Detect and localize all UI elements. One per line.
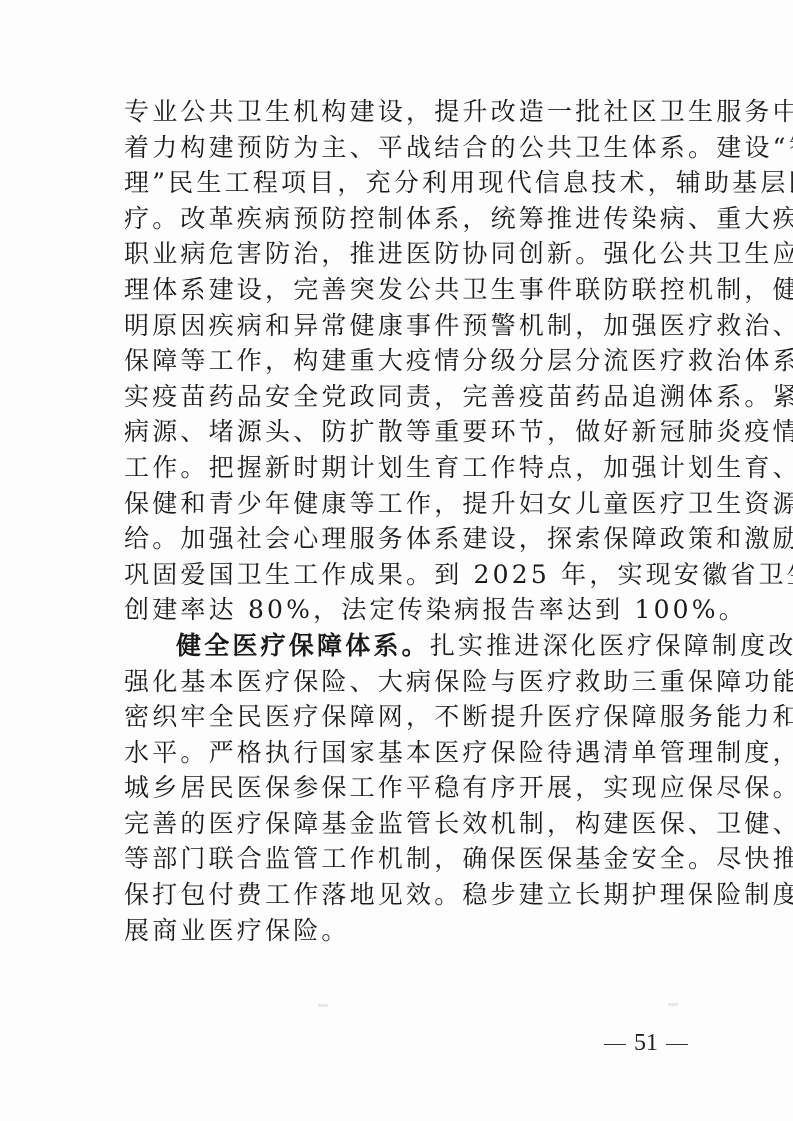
text-line: 理”民生工程项目，充分利用现代信息技术，辅助基层医生诊 [124,165,674,201]
text-line: 给。加强社会心理服务体系建设，探索保障政策和激励措施。 [124,521,674,557]
page-number: 51 [596,1030,696,1057]
paragraph-medical-insurance: 健全医疗保障体系。扎实推进深化医疗保障制度改革， 强化基本医疗保险、大病保险与医… [124,628,674,948]
text-fragment: 扎实推进深化医疗保障制度改革， [430,631,793,660]
paragraph-first-line: 健全医疗保障体系。扎实推进深化医疗保障制度改革， [124,628,674,664]
dash-left [604,1044,626,1046]
text-line: 城乡居民医保参保工作平稳有序开展，实现应保尽保。建立 [124,770,674,806]
text-line: 密织牢全民医疗保障网，不断提升医疗保障服务能力和服务 [124,699,674,735]
text-line: 巩固爱国卫生工作成果。到 2025 年，实现安徽省卫生社区 [124,557,674,593]
text-line: 保健和青少年健康等工作，提升妇女儿童医疗卫生资源供 [124,486,674,522]
text-line: 实疫苗药品安全党政同责，完善疫苗药品追溯体系。紧盯查 [124,379,674,415]
paragraph-heading: 健全医疗保障体系。 [176,631,430,660]
text-line: 专业公共卫生机构建设，提升改造一批社区卫生服务中心， [124,94,674,130]
paragraph-public-health: 专业公共卫生机构建设，提升改造一批社区卫生服务中心， 着力构建预防为主、平战结合… [124,94,674,628]
text-line: 创建率达 80%，法定传染病报告率达到 100%。 [124,592,674,628]
page-number-value: 51 [634,1030,658,1056]
text-line: 工作。把握新时期计划生育工作特点，加强计划生育、妇幼 [124,450,674,486]
text-line: 职业病危害防治，推进医防协同创新。强化公共卫生应急管 [124,236,674,272]
text-line: 强化基本医疗保险、大病保险与医疗救助三重保障功能。织 [124,664,674,700]
text-line: 展商业医疗保险。 [124,913,674,949]
text-line: 着力构建预防为主、平战结合的公共卫生体系。建设“智医助 [124,130,674,166]
text-line: 水平。严格执行国家基本医疗保险待遇清单管理制度，确保 [124,735,674,771]
text-line: 明原因疾病和异常健康事件预警机制，加强医疗救治、物资 [124,308,674,344]
text-line: 病源、堵源头、防扩散等重要环节，做好新冠肺炎疫情防控 [124,414,674,450]
document-page: 专业公共卫生机构建设，提升改造一批社区卫生服务中心， 着力构建预防为主、平战结合… [0,0,793,1121]
scan-artifact [318,1004,328,1007]
dash-right [666,1044,688,1046]
text-line: 疗。改革疾病预防控制体系，统筹推进传染病、重大疾病、 [124,201,674,237]
text-line: 保障等工作，构建重大疫情分级分层分流医疗救治体系。落 [124,343,674,379]
text-line: 理体系建设，完善突发公共卫生事件联防联控机制，健全不 [124,272,674,308]
text-line: 等部门联合监管工作机制，确保医保基金安全。尽快推动医 [124,841,674,877]
document-body: 专业公共卫生机构建设，提升改造一批社区卫生服务中心， 着力构建预防为主、平战结合… [124,94,674,948]
scan-artifact [668,1003,678,1006]
text-line: 完善的医疗保障基金监管长效机制，构建医保、卫健、市监 [124,806,674,842]
text-line: 保打包付费工作落地见效。稳步建立长期护理保险制度，发 [124,877,674,913]
